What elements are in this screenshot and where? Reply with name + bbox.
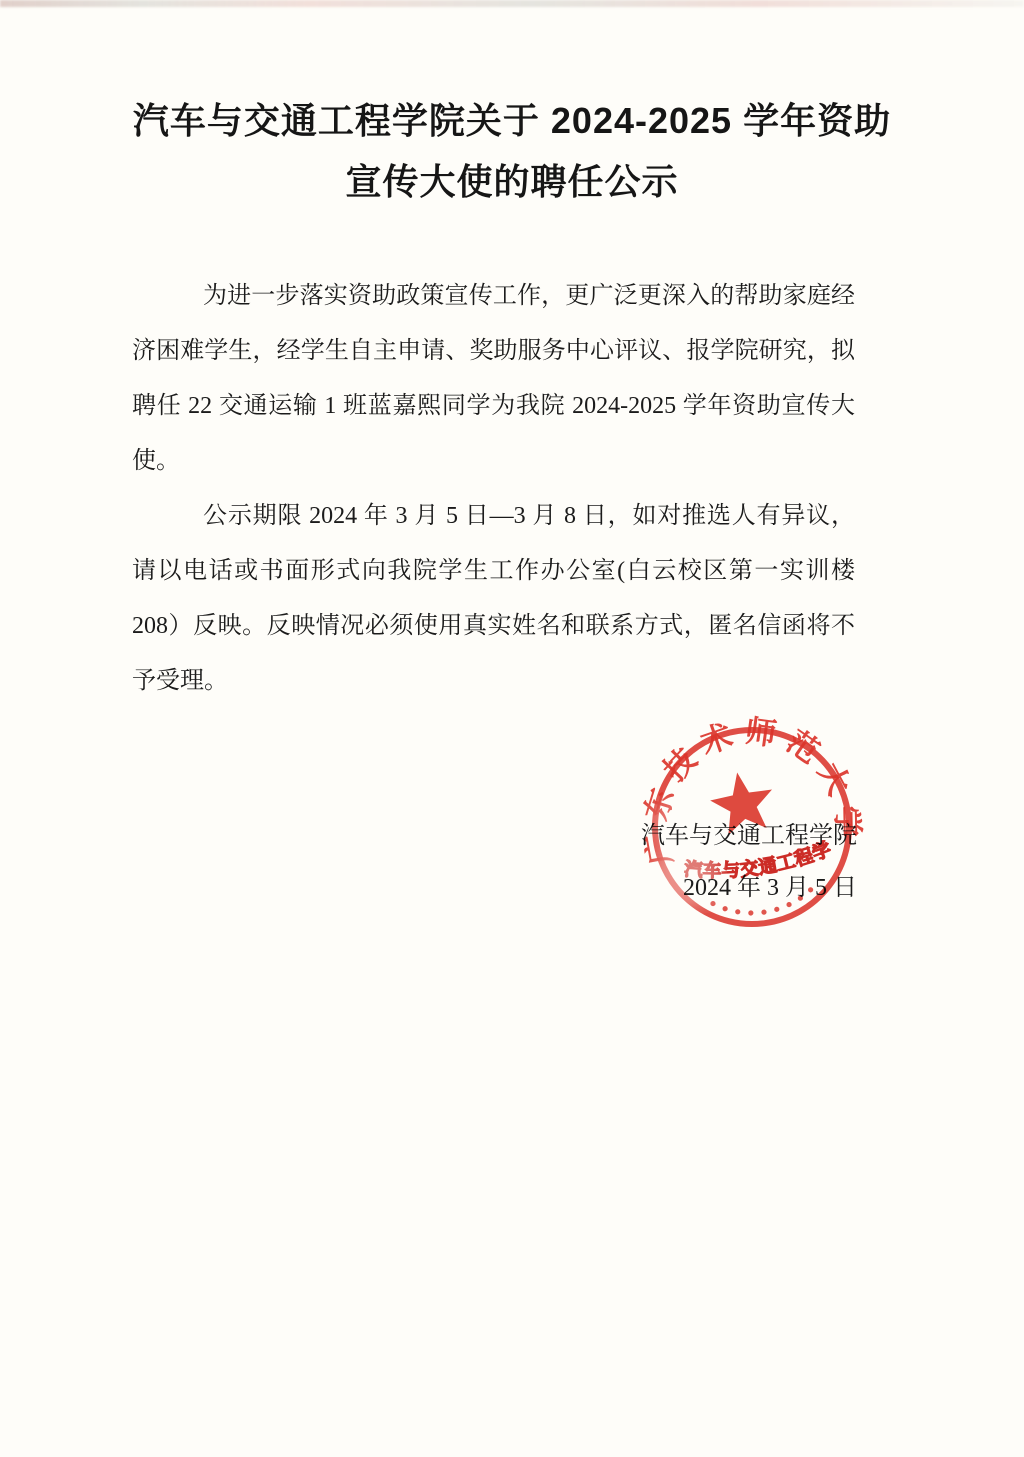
document-page: 汽车与交通工程学院关于 2024-2025 学年资助 宣传大使的聘任公示 为进一…	[0, 0, 1024, 1457]
title-line-2: 宣传大使的聘任公示	[0, 151, 1024, 212]
signature-org: 汽车与交通工程学院	[641, 810, 857, 862]
title-line-1: 汽车与交通工程学院关于 2024-2025 学年资助	[0, 90, 1024, 151]
document-body: 为进一步落实资助政策宣传工作，更广泛更深入的帮助家庭经济困难学生，经学生自主申请…	[132, 269, 855, 709]
scan-artifact-top	[0, 0, 1024, 7]
signature-block: 汽车与交通工程学院 2024 年 3 月 5 日	[641, 810, 857, 914]
paragraph-appointment: 为进一步落实资助政策宣传工作，更广泛更深入的帮助家庭经济困难学生，经学生自主申请…	[132, 269, 855, 489]
paragraph-publicity-period: 公示期限 2024 年 3 月 5 日—3 月 8 日，如对推选人有异议，请以电…	[132, 489, 855, 709]
document-title: 汽车与交通工程学院关于 2024-2025 学年资助 宣传大使的聘任公示	[0, 90, 1024, 212]
signature-date: 2024 年 3 月 5 日	[641, 862, 857, 914]
